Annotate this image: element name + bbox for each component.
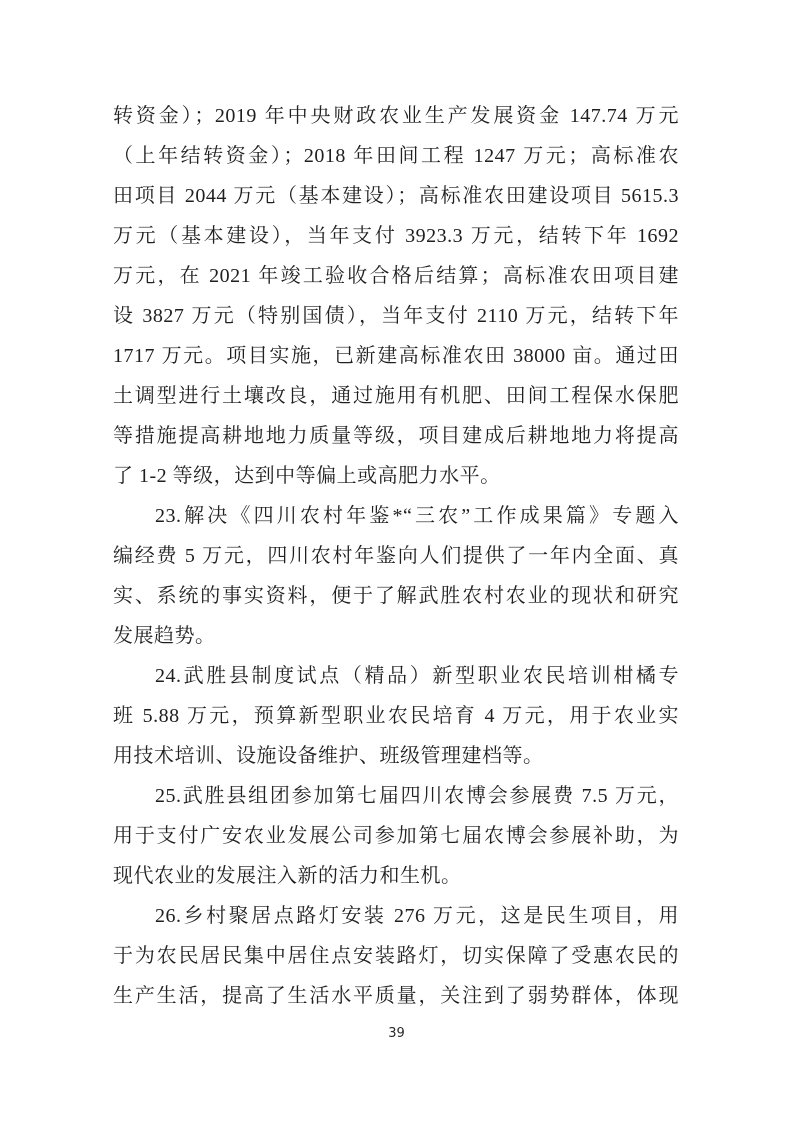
paragraph-24: 24.武胜县制度试点（精品）新型职业农民培训柑橘专 班 5.88 万元，预算新型…: [113, 656, 679, 776]
document-page: 转资金）；2019 年中央财政农业生产发展资金 147.74 万元 （上年结转资…: [0, 0, 793, 1122]
text-line: （上年结转资金）；2018 年田间工程 1247 万元；高标准农: [113, 136, 679, 176]
text-line: 于为农民居民集中居住点安装路灯，切实保障了受惠农民的: [113, 936, 679, 976]
text-line: 24.武胜县制度试点（精品）新型职业农民培训柑橘专: [113, 656, 679, 696]
paragraph-26: 26.乡村聚居点路灯安装 276 万元，这是民生项目，用 于为农民居民集中居住点…: [113, 896, 679, 1016]
text-line: 土调型进行土壤改良，通过施用有机肥、田间工程保水保肥: [113, 376, 679, 416]
text-line: 万元，在 2021 年竣工验收合格后结算；高标准农田项目建: [113, 256, 679, 296]
text-line: 实、系统的事实资料，便于了解武胜农村农业的现状和研究: [113, 576, 679, 616]
text-line: 设 3827 万元（特别国债），当年支付 2110 万元，结转下年: [113, 296, 679, 336]
text-line: 现代农业的发展注入新的活力和生机。: [113, 856, 679, 896]
paragraph-25: 25.武胜县组团参加第七届四川农博会参展费 7.5 万元， 用于支付广安农业发展…: [113, 776, 679, 896]
text-line: 万元（基本建设），当年支付 3923.3 万元，结转下年 1692: [113, 216, 679, 256]
text-line: 25.武胜县组团参加第七届四川农博会参展费 7.5 万元，: [113, 776, 679, 816]
text-line: 1717 万元。项目实施，已新建高标准农田 38000 亩。通过田: [113, 336, 679, 376]
text-line: 班 5.88 万元，预算新型职业农民培育 4 万元，用于农业实: [113, 696, 679, 736]
text-line: 了 1-2 等级，达到中等偏上或高肥力水平。: [113, 456, 679, 496]
text-line: 编经费 5 万元，四川农村年鉴向人们提供了一年内全面、真: [113, 536, 679, 576]
document-body: 转资金）；2019 年中央财政农业生产发展资金 147.74 万元 （上年结转资…: [113, 96, 679, 1016]
text-line: 田项目 2044 万元（基本建设）；高标准农田建设项目 5615.3: [113, 176, 679, 216]
paragraph-23: 23.解决《四川农村年鉴*“三农”工作成果篇》专题入 编经费 5 万元，四川农村…: [113, 496, 679, 656]
text-line: 用技术培训、设施设备维护、班级管理建档等。: [113, 736, 679, 776]
page-number: 39: [0, 1024, 793, 1044]
text-line: 23.解决《四川农村年鉴*“三农”工作成果篇》专题入: [113, 496, 679, 536]
text-line: 等措施提高耕地地力质量等级，项目建成后耕地地力将提高: [113, 416, 679, 456]
text-line: 生产生活，提高了生活水平质量，关注到了弱势群体，体现: [113, 976, 679, 1016]
paragraph-22-continuation: 转资金）；2019 年中央财政农业生产发展资金 147.74 万元 （上年结转资…: [113, 96, 679, 496]
text-line: 发展趋势。: [113, 616, 679, 656]
text-line: 26.乡村聚居点路灯安装 276 万元，这是民生项目，用: [113, 896, 679, 936]
text-line: 转资金）；2019 年中央财政农业生产发展资金 147.74 万元: [113, 96, 679, 136]
text-line: 用于支付广安农业发展公司参加第七届农博会参展补助，为: [113, 816, 679, 856]
